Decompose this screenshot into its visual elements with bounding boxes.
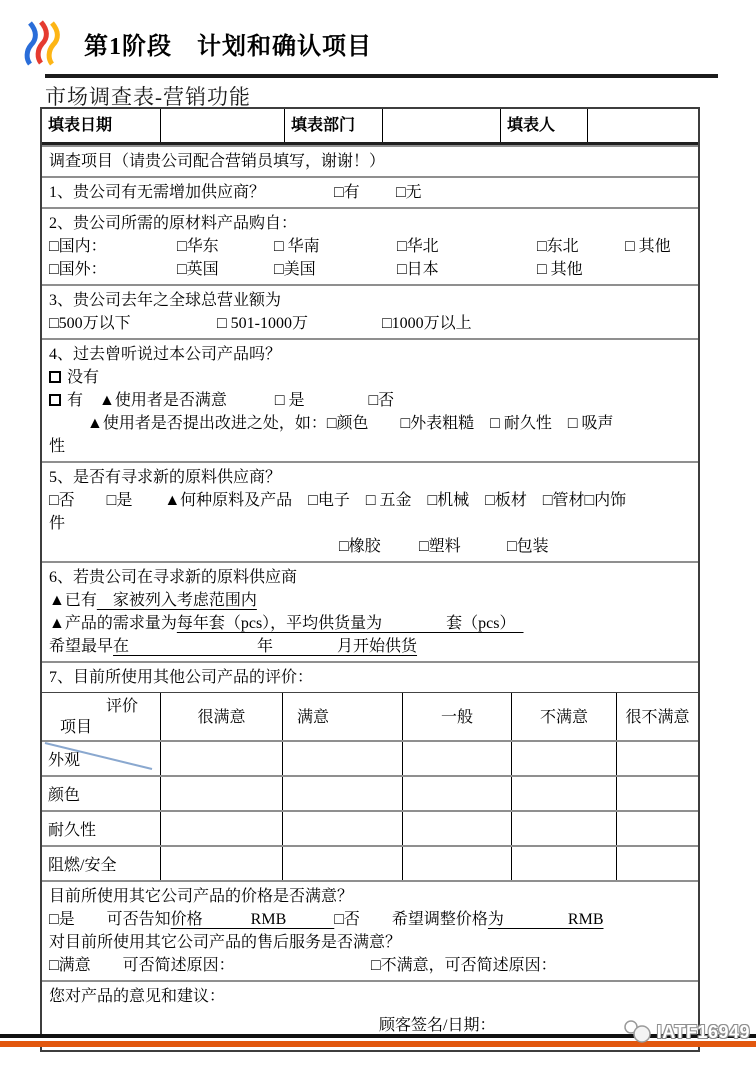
q2-option-dongbei: □东北 bbox=[537, 235, 625, 258]
col-unsatisfied: 不满意 bbox=[511, 693, 616, 740]
cell bbox=[402, 777, 511, 810]
row-label-appearance: 外观 bbox=[42, 742, 160, 775]
comments-label: 您对产品的意见和建议： bbox=[49, 985, 691, 1008]
cell bbox=[282, 812, 402, 845]
q2-option-huanan: □ 华南 bbox=[274, 235, 397, 258]
table-row-appearance: 外观 bbox=[42, 740, 698, 775]
q2-overseas-options: □国外： □英国 □美国 □日本 □ 其他 bbox=[49, 258, 691, 281]
q6-considered-pre: ▲已有 bbox=[49, 592, 97, 609]
slide-header: 第1阶段 计划和确认项目 市场调查表-营销功能 bbox=[0, 0, 756, 111]
cell bbox=[402, 812, 511, 845]
q3-option-501-1000: □ 501-1000万 bbox=[217, 312, 382, 335]
cell bbox=[616, 777, 698, 810]
service-satisfied: □满意 可否简述原因： bbox=[49, 954, 371, 977]
q4-improvement-line: ▲使用者是否提出改进之处，如：□颜色 □外表粗糙 □ 耐久性 □ 吸声 bbox=[87, 412, 691, 435]
q5-materials-line2: □橡胶 □塑料 □包装 bbox=[339, 535, 691, 558]
q2-option-uk: □英国 bbox=[177, 258, 274, 281]
info-row: 填表日期 填表部门 填表人 bbox=[42, 109, 698, 145]
service-question: 对目前所使用其它公司产品的售后服务是否满意？ bbox=[49, 931, 691, 954]
q2-domestic-label: □国内： bbox=[49, 235, 177, 258]
fill-date-label: 填表日期 bbox=[42, 109, 160, 142]
col-average: 一般 bbox=[402, 693, 511, 740]
price-question: 目前所使用其它公司产品的价格是否满意？ bbox=[49, 885, 691, 908]
q6-start-pre: 希望最早 bbox=[49, 638, 113, 655]
cell bbox=[282, 777, 402, 810]
question-5-row: 5、是否有寻求新的原料供应商？ □否 □是 ▲何种原料及产品 □电子 □ 五金 … bbox=[42, 461, 698, 561]
question-4-row: 4、过去曾听说过本公司产品吗？ 没有 有 ▲使用者是否满意 □ 是 □否 ▲使用… bbox=[42, 338, 698, 461]
price-yes: □是 可否告知 bbox=[49, 911, 171, 928]
q2-option-us: □美国 bbox=[274, 258, 397, 281]
q1-option-yes: □有 bbox=[334, 181, 396, 204]
corner-bottom-label: 项目 bbox=[48, 717, 154, 738]
slide-footer: IATF16949 bbox=[0, 1034, 756, 1047]
evaluation-table: 评价 项目 很满意 满意 一般 不满意 很不满意 外观 颜色 bbox=[42, 692, 698, 880]
chevrons-logo-icon bbox=[24, 20, 62, 66]
question-1-row: 1、贵公司有无需增加供应商？ □有 □无 bbox=[42, 176, 698, 207]
question-6-row: 6、若贵公司在寻求新的原料供应商 ▲已有 家被列入考虑范围内 ▲产品的需求量为每… bbox=[42, 561, 698, 661]
q7-title: 7、目前所使用其他公司产品的评价： bbox=[49, 669, 313, 686]
watermark: IATF16949 bbox=[623, 1020, 750, 1044]
table-row-durability: 耐久性 bbox=[42, 810, 698, 845]
q5-materials-wrap: 件 bbox=[49, 512, 691, 535]
q4-option-no: 没有 bbox=[67, 369, 99, 386]
q6-demand-pre: ▲产品的需求量为 bbox=[49, 615, 177, 632]
cell bbox=[160, 812, 282, 845]
price-adjust-blank: 为 RMB bbox=[488, 911, 604, 928]
q5-option-plastic: □塑料 bbox=[419, 535, 507, 558]
fill-person-label: 填表人 bbox=[500, 109, 587, 142]
checkbox-bold-no-icon bbox=[49, 371, 61, 383]
cell bbox=[160, 742, 282, 775]
chat-bubbles-icon bbox=[623, 1020, 653, 1044]
table-row-color: 颜色 bbox=[42, 775, 698, 810]
cell bbox=[616, 742, 698, 775]
q2-overseas-label: □国外： bbox=[49, 258, 177, 281]
corner-top-label: 评价 bbox=[48, 696, 154, 717]
price-no: □否 希望调整价格 bbox=[334, 911, 488, 928]
q2-option-huadong: □华东 bbox=[177, 235, 274, 258]
cell bbox=[402, 742, 511, 775]
cell bbox=[511, 777, 616, 810]
cell bbox=[511, 812, 616, 845]
cell bbox=[160, 847, 282, 880]
q5-option-packaging: □包装 bbox=[507, 535, 549, 558]
title-rule bbox=[45, 74, 718, 78]
q2-option-domestic-other: □ 其他 bbox=[625, 235, 671, 258]
fill-date-value bbox=[160, 109, 284, 142]
q6-demand-blank: 每年套（pcs），平均供货量为 套（pcs） bbox=[177, 615, 524, 632]
row-label-color: 颜色 bbox=[42, 777, 160, 810]
watermark-text: IATF16949 bbox=[657, 1022, 750, 1043]
q3-option-over-1000: □1000万以上 bbox=[382, 312, 472, 335]
page: 第1阶段 计划和确认项目 市场调查表-营销功能 填表日期 填表部门 填表人 调查… bbox=[0, 0, 756, 1070]
fill-dept-label: 填表部门 bbox=[284, 109, 382, 142]
q2-option-huabei: □华北 bbox=[397, 235, 537, 258]
page-title: 第1阶段 计划和确认项目 bbox=[84, 26, 372, 61]
row-label-flame-safety: 阻燃/安全 bbox=[42, 847, 160, 880]
q6-title: 6、若贵公司在寻求新的原料供应商 bbox=[49, 566, 691, 589]
q2-option-japan: □日本 bbox=[397, 258, 537, 281]
table-row-flame-safety: 阻燃/安全 bbox=[42, 845, 698, 880]
q3-options: □500万以下 □ 501-1000万 □1000万以上 bbox=[49, 312, 691, 335]
cell bbox=[511, 742, 616, 775]
price-satisfaction-row: 目前所使用其它公司产品的价格是否满意？ □是 可否告知价格 RMB □否 希望调… bbox=[42, 880, 698, 980]
question-7-row: 7、目前所使用其他公司产品的评价： bbox=[42, 661, 698, 692]
survey-form-table: 填表日期 填表部门 填表人 调查项目（请贵公司配合营销员填写，谢谢！） 1、贵公… bbox=[40, 107, 700, 1052]
q2-title: 2、贵公司所需的原材料产品购自： bbox=[49, 212, 691, 235]
q4-title: 4、过去曾听说过本公司产品吗？ bbox=[49, 343, 691, 366]
service-unsatisfied: □不满意，可否简述原因： bbox=[371, 954, 557, 977]
survey-note: 调查项目（请贵公司配合营销员填写，谢谢！） bbox=[49, 153, 385, 170]
row-label-durability: 耐久性 bbox=[42, 812, 160, 845]
cell bbox=[616, 812, 698, 845]
fill-dept-value bbox=[382, 109, 500, 142]
cell bbox=[616, 847, 698, 880]
price-blank: 价格 RMB bbox=[171, 911, 335, 928]
q3-title: 3、贵公司去年之全球总营业额为 bbox=[49, 289, 691, 312]
cell bbox=[160, 777, 282, 810]
q5-title: 5、是否有寻求新的原料供应商？ bbox=[49, 466, 691, 489]
q5-option-rubber: □橡胶 bbox=[339, 535, 419, 558]
q1-text: 1、贵公司有无需增加供应商？ bbox=[49, 181, 334, 204]
fill-person-value bbox=[587, 109, 698, 142]
evaluation-header-row: 评价 项目 很满意 满意 一般 不满意 很不满意 bbox=[42, 693, 698, 740]
question-2-row: 2、贵公司所需的原材料产品购自： □国内： □华东 □ 华南 □华北 □东北 □… bbox=[42, 207, 698, 284]
q5-materials-line: □否 □是 ▲何种原料及产品 □电子 □ 五金 □机械 □板材 □管材□内饰 bbox=[49, 489, 691, 512]
cell bbox=[282, 847, 402, 880]
col-very-unsatisfied: 很不满意 bbox=[616, 693, 698, 740]
question-3-row: 3、贵公司去年之全球总营业额为 □500万以下 □ 501-1000万 □100… bbox=[42, 284, 698, 338]
checkbox-bold-yes-icon bbox=[49, 394, 61, 406]
q2-domestic-options: □国内： □华东 □ 华南 □华北 □东北 □ 其他 bbox=[49, 235, 691, 258]
q4-option-yes-line: 有 ▲使用者是否满意 □ 是 □否 bbox=[67, 392, 394, 409]
q3-option-under-500: □500万以下 bbox=[49, 312, 217, 335]
q4-improvement-wrap: 性 bbox=[49, 435, 691, 458]
q6-considered-blank: 家被列入考虑范围内 bbox=[97, 592, 257, 609]
survey-note-row: 调查项目（请贵公司配合营销员填写，谢谢！） bbox=[42, 145, 698, 176]
cell bbox=[511, 847, 616, 880]
q1-option-no: □无 bbox=[396, 181, 422, 204]
cell bbox=[402, 847, 511, 880]
col-very-satisfied: 很满意 bbox=[160, 693, 282, 740]
q2-option-overseas-other: □ 其他 bbox=[537, 258, 583, 281]
q6-start-blank: 在 年 月开始供货 bbox=[113, 638, 417, 655]
col-satisfied: 满意 bbox=[282, 693, 402, 740]
cell bbox=[282, 742, 402, 775]
corner-header-cell: 评价 项目 bbox=[42, 693, 160, 740]
